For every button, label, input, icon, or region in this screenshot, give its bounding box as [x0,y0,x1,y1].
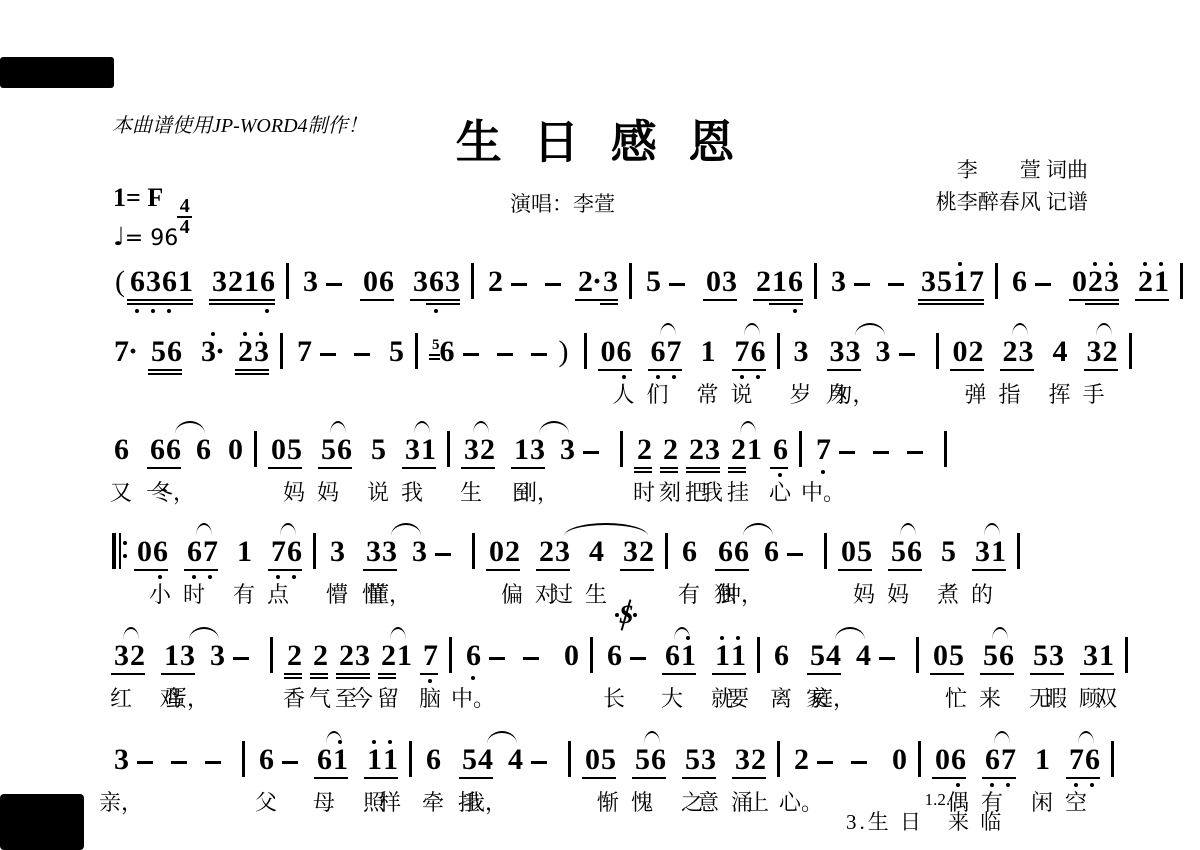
note-token: 2刻 [663,434,677,466]
lyric: 时 [183,578,205,609]
note-token: 2 [1138,266,1152,298]
note-token: 2偏 [505,536,519,568]
barline [254,431,257,467]
note-digit: 3 [1104,266,1118,298]
note-digit: 2 [1003,336,1017,368]
quarter-note-icon: ♩ [113,222,125,251]
lyric: 小 [149,578,171,609]
repeat-dots [123,541,127,545]
slur-arc [123,627,139,640]
lyric: 样 [379,786,401,817]
note-digit: 3 [705,434,719,466]
lyric: 愧 [631,786,653,817]
note-token: 6时 [187,536,201,568]
note-token: 1日 [514,434,528,466]
note-digit: 2 [313,640,327,672]
duration-dash [354,353,370,356]
note-digit: 6 [440,336,454,368]
slur-arc [391,523,421,536]
note-token: 4生 [589,536,603,568]
note-digit: 2 [689,434,703,466]
barline [584,333,587,369]
note-digit: 5 [432,337,439,353]
note-token: 6 [788,266,802,298]
barline [824,533,827,569]
note-digit: 5 [949,640,963,672]
note-digit: 6 [751,336,765,368]
parenthesis: ( [115,265,125,298]
barline [757,637,760,673]
note-digit: 1 [164,640,178,672]
octave-dot-above [1143,262,1147,266]
repeat-start-barline [112,533,127,569]
transcriber-credit: 桃李醉春风 记谱 [936,186,1088,216]
note-token: 6 [167,336,181,368]
note-token: 3匆， [846,336,860,368]
barline [995,263,998,299]
note-token: 0 [841,536,855,568]
slur-arc [743,523,773,536]
note-token: 1 [397,640,411,672]
lyric: 母 [313,786,335,817]
note-token: 0 [363,266,377,298]
note-digit: 0 [564,640,578,672]
note-token: 7· [114,336,137,368]
note-token: 3岁 [794,336,808,368]
note-digit: 0 [271,434,285,466]
note-digit: 3 [876,336,890,368]
note-token: 5 [151,336,165,368]
note-digit: 6 [999,640,1013,672]
note-token: 6一 [150,434,164,466]
lyric: 挥 [1049,378,1071,409]
note-digit: 6 [907,536,921,568]
octave-dot-below [1006,783,1010,787]
slur-arc [189,627,219,640]
time-signature: 44 [177,198,192,236]
note-digit: 3 [603,266,617,298]
note-digit: 3 [1087,336,1101,368]
note-digit: 7 [203,536,217,568]
note-digit: 5 [1033,640,1047,672]
note-digit: 1 [1035,744,1049,776]
note-token: 3的 [975,536,989,568]
note-digit: 3 [701,744,715,776]
note-digit: 3 [1083,640,1097,672]
redaction-box-top-left [0,57,114,88]
note-digit: 5 [287,434,301,466]
note-digit: 2 [756,266,770,298]
note-token: 1 [681,640,695,672]
note-token: 3 [876,336,890,368]
note-token: 6 [287,536,301,568]
lyric: 红 [110,682,132,713]
note-token: 3 [413,266,427,298]
note-digit: 2 [228,266,242,298]
note-token: 6有 [985,744,999,776]
lyric: 我 [401,476,423,507]
note-digit: 6 [150,434,164,466]
lyric: 空 [1065,786,1087,817]
note-digit: 4 [856,640,870,672]
barline [471,263,474,299]
lyric: 钟， [719,578,763,609]
note-token: 1要 [731,640,745,672]
octave-dot-above [259,332,263,336]
segno-s: S [619,601,633,629]
octave-dot-below [208,575,212,579]
duration-dash [531,353,547,356]
note-token: 1闲 [1035,744,1049,776]
note-token: 5挂 [462,744,476,776]
octave-dot-above [211,332,215,336]
note-token: 5妈 [857,536,871,568]
note-token: 3涌 [735,744,749,776]
note-token: 6 [907,536,921,568]
note-token: 4我， [478,744,492,776]
note-digit: 6 [607,640,621,672]
note-token: 6大 [665,640,679,672]
lyric: 中。 [801,476,845,507]
octave-dot-below [151,309,155,313]
note-digit: 1 [333,744,347,776]
note-digit: 3 [114,640,128,672]
note-digit: 6 [682,536,696,568]
duration-dash [435,553,451,556]
redaction-box-bottom-left [0,794,84,850]
duration-dash [851,761,867,764]
note-digit: 6 [130,266,144,298]
note-token: 7说 [735,336,749,368]
note-digit: 5 [151,336,165,368]
note-digit: 6 [718,536,732,568]
note-digit: 3 [560,434,574,466]
note-digit: 3 [382,536,396,568]
note-digit: 7 [1069,744,1083,776]
barline [1180,263,1183,299]
note-token: 3 [603,266,617,298]
tempo-value: = 96 [125,226,178,251]
note-digit: 3 [146,266,160,298]
lyric: 要 [727,682,749,713]
duration-dash [171,761,187,764]
octave-dot-below [821,470,825,474]
note-digit: 6 [951,744,965,776]
note-digit: 6 [764,536,778,568]
duration-dash [1035,283,1051,286]
barline [270,637,273,673]
note-digit: 3 [303,266,317,298]
note-token: 3 [722,266,736,298]
note-digit: 1 [367,744,381,776]
lyric: 说 [367,476,389,507]
lyric: 我 [701,476,723,507]
note-digit: 2 [539,536,553,568]
duration-dash [873,451,889,454]
notation-line: 3红21鸡3蛋，32香2气2至3今2留17脑6中。0S6长6大11就1要6离5家… [112,634,1140,672]
octave-dot-below [292,575,296,579]
note-digit: 6 [985,744,999,776]
lyric: 亲， [99,786,143,817]
note-token: 4 [508,744,522,776]
note-digit: 5 [941,536,955,568]
note-digit: 3 [212,266,226,298]
note-digit: 2 [381,640,395,672]
notation-line: (6361321630636322·350321633517602321 [112,260,1195,298]
note-token: 7脑 [423,640,437,672]
barline [620,431,623,467]
note-token: 6 [162,266,176,298]
note-digit: 2 [287,640,301,672]
lyric: 煮 [937,578,959,609]
note-token: 6有 [682,536,696,568]
slur-arc [414,421,430,434]
note-token: 3 [146,266,160,298]
barline [280,333,283,369]
slur-arc [539,421,569,434]
slur-arc [992,627,1008,640]
lyric: 惭 [597,786,619,817]
duration-dash [839,451,855,454]
octave-dot-above [372,740,376,744]
barline [1129,333,1132,369]
note-digit: 2 [238,336,252,368]
octave-dot-above [1093,262,1097,266]
note-token: 6小 [153,536,167,568]
lyric: 匆， [831,378,875,409]
lyric: 们 [647,378,669,409]
note-token: 3 [412,536,426,568]
lyric: 点 [267,578,289,609]
note-token: 5惭 [601,744,615,776]
note-digit: 5 [646,266,660,298]
note-token: 3到， [530,434,544,466]
note-token: 2至 [339,640,353,672]
note-digit: 7 [816,434,830,466]
note-token: 0 [137,536,151,568]
note-digit: 5 [857,536,871,568]
slur-arc [994,731,1010,744]
note-digit: 3 [1049,640,1063,672]
note-digit: 3 [623,536,637,568]
note-token: 3过 [555,536,569,568]
note-token: 3 [831,266,845,298]
lyricist-credit: 李 萱 词曲 [957,154,1088,184]
note-digit: 1 [953,266,967,298]
note-token: 0 [489,536,503,568]
note-digit: 0 [841,536,855,568]
lyric: 妈 [317,476,339,507]
note-digit: 7 [667,336,681,368]
note-token: 2上 [751,744,765,776]
note-token: 3我 [705,434,719,466]
note-digit: 3 [530,434,544,466]
note-digit: 3 [445,266,459,298]
note-token: 7中。 [816,434,830,466]
note-token: 0 [585,744,599,776]
lyric: 留 [377,682,399,713]
note-token: 0 [228,434,242,466]
note-digit: 1 [383,744,397,776]
barline [1111,741,1114,777]
note-token: 6 [751,336,765,368]
barline [629,263,632,299]
note-token: 2把 [689,434,703,466]
note-token: 6偶 [951,744,965,776]
note-digit: 2 [637,434,651,466]
time-top: 4 [180,198,190,215]
lyric: 有 [233,578,255,609]
note-digit: 1 [991,536,1005,568]
note-digit: 5 [891,536,905,568]
note-digit: 0 [363,266,377,298]
note-token: 1鸡 [164,640,178,672]
lyric: 牵 [422,786,444,817]
note-digit: 3 [794,336,808,368]
note-token: 6独 [718,536,732,568]
note-token: 6牵 [426,744,440,776]
note-digit: 3 [114,744,128,776]
note-token: 3 [921,266,935,298]
lyric: 气 [309,682,331,713]
note-digit: 4 [478,744,492,776]
note-token: 7 [297,336,311,368]
note-digit: 3 [355,640,369,672]
note-digit: 1 [731,640,745,672]
lyric: 心 [769,476,791,507]
note-digit: 3 [831,266,845,298]
note-token: 3蛋， [180,640,194,672]
barline [777,741,780,777]
note-token: 3懵 [330,536,344,568]
note-token: 2 [1088,266,1102,298]
octave-dot-below [1090,783,1094,787]
notation-line: 6又6一6冬，6005妈5妈65说3我13生21日3到，32时2刻2把3我2挂1… [112,428,959,466]
lyric: 的 [971,578,993,609]
lyric: 指 [999,378,1021,409]
note-token: 2心。 [794,744,808,776]
slur-arc [660,323,676,336]
slur-arc [280,523,296,536]
note-token: 6 [651,744,665,776]
note-token: 3 [212,266,226,298]
note-digit: 6 [317,744,331,776]
parenthesis: ) [559,335,569,368]
note-token: 5 [646,266,660,298]
note-digit: 7 [423,640,437,672]
note-digit: 4 [589,536,603,568]
barline [936,333,939,369]
note-digit: 2 [969,336,983,368]
note-token: 3 [1104,266,1118,298]
note-token: 0 [953,336,967,368]
note-digit: 0 [933,640,947,672]
lyric: 暇 [1045,682,1067,713]
lyric: 到， [515,476,559,507]
note-digit: 6 [162,266,176,298]
lyric: 妈 [853,578,875,609]
note-digit: 7 [271,536,285,568]
duration-dash [497,353,513,356]
lyric: 闲 [1031,786,1053,817]
octave-dot-above [1109,262,1113,266]
slur-arc [855,323,885,336]
note-token: 6们 [651,336,665,368]
note-digit: 7· [114,336,137,368]
note-token: 1 [333,744,347,776]
note-digit: 1 [244,266,258,298]
lyric: 父 [255,786,277,817]
note-token: 7 [203,536,217,568]
duration-dash [282,761,298,764]
lyric: 时 [633,476,655,507]
octave-dot-below [265,309,269,313]
lyric: 手 [1083,378,1105,409]
note-digit: 3 [830,336,844,368]
note-digit: 1 [178,266,192,298]
note-digit: 7 [1001,744,1015,776]
note-digit: 2 [639,536,653,568]
note-token: 2挂 [731,434,745,466]
note-digit: 3· [201,336,224,368]
note-token: 7点 [271,536,285,568]
note-token: 7 [969,266,983,298]
barline [665,533,668,569]
octave-dot-below [471,676,475,680]
note-token: 6 [260,266,274,298]
duration-dash [205,761,221,764]
note-digit: 6 [617,336,631,368]
slur-arc [1012,323,1028,336]
thin-bar [119,533,121,569]
lyric: 大 [661,682,683,713]
lyric: 人 [613,378,635,409]
lyric: 过 [551,578,573,609]
lyric: 常 [697,378,719,409]
note-digit: 2 [130,640,144,672]
note-token: 2 [488,266,502,298]
notation-line: 7·563·237556)06人6们71常7说63岁3月3匆，302弹2指34挥… [112,330,1144,368]
note-token: 3月 [830,336,844,368]
note-token: 6母 [317,744,331,776]
note-digit: 5 [810,640,824,672]
note-token: 1 [772,266,786,298]
note-token: 2 [228,266,242,298]
lyric: 说 [731,378,753,409]
note-digit: 1 [1099,640,1113,672]
note-token: 6 [130,266,144,298]
duration-dash [907,451,923,454]
note-token: 3手 [1087,336,1101,368]
note-token: 2时 [637,434,651,466]
note-digit: 2 [663,434,677,466]
note-digit: 0 [892,744,906,776]
octave-dot-below [434,309,438,313]
note-token: 0 [601,336,615,368]
slur-arc [900,523,916,536]
note-digit: 1 [715,640,729,672]
note-digit: 4 [826,640,840,672]
note-digit: 5 [389,336,403,368]
note-digit: 5 [601,744,615,776]
note-token: 2香 [287,640,301,672]
note-digit: 6 [466,640,480,672]
note-digit: 5 [685,744,699,776]
note-token: 6人 [617,336,631,368]
lyric: 弹 [965,378,987,409]
barline [409,741,412,777]
slur-arc [644,731,660,744]
